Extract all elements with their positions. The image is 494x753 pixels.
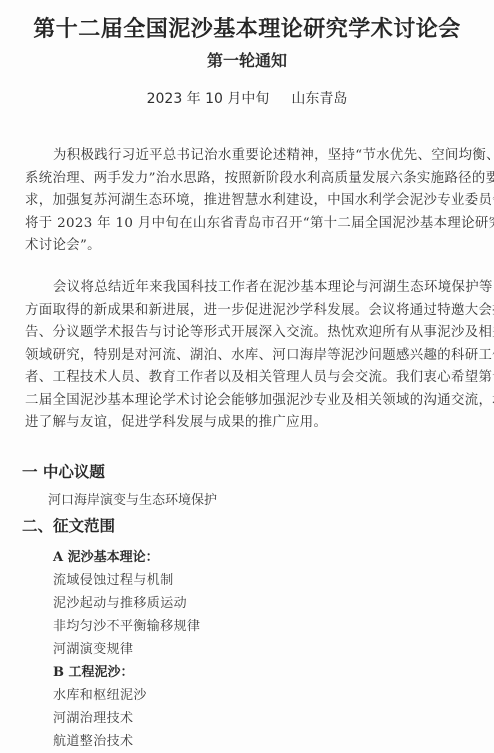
notice-page: 第十二届全国泥沙基本理论研究学术讨论会 第一轮通知 2023 年 10 月中旬山… bbox=[0, 0, 494, 753]
paragraph-line: 将于 2023 年 10 月中旬在山东省青岛市召开“第十二届全国泥沙基本理论研究… bbox=[25, 213, 475, 236]
paragraph-line: 者、工程技术人员、教育工作者以及相关管理人员与会交流。我们衷心希望第十 bbox=[25, 367, 475, 390]
central-topic: 河口海岸演变与生态环境保护 bbox=[48, 489, 217, 508]
event-date: 2023 年 10 月中旬 bbox=[147, 91, 270, 107]
paragraph-line: 方面取得的新成果和新进展，进一步促进泥沙学科发展。会议将通过特邀大会报 bbox=[25, 300, 475, 323]
group-label-a: A 泥沙基本理论： bbox=[53, 546, 159, 565]
paragraph-line: 会议将总结近年来我国科技工作者在泥沙基本理论与河湖生态环境保护等 bbox=[25, 277, 475, 300]
group-label-b: B 工程泥沙： bbox=[53, 661, 134, 680]
section-heading-central-topic: 一 中心议题 bbox=[22, 460, 105, 482]
scope-item: 水库和枢纽泥沙 bbox=[53, 684, 147, 703]
paragraph-line: 领域研究，特别是对河流、湖泊、水库、河口海岸等泥沙问题感兴趣的科研工作 bbox=[25, 345, 475, 368]
paragraph-overview: 会议将总结近年来我国科技工作者在泥沙基本理论与河湖生态环境保护等 方面取得的新成… bbox=[25, 277, 475, 435]
paragraph-line: 进了解与友谊，促进学科发展与成果的推广应用。 bbox=[25, 412, 475, 435]
paragraph-line: 求，加强复苏河湖生态环境，推进智慧水利建设，中国水利学会泥沙专业委员会 bbox=[25, 190, 475, 213]
section-heading-submission-scope: 二、征文范围 bbox=[22, 514, 115, 536]
paragraph-line: 术讨论会”。 bbox=[25, 235, 475, 258]
scope-item: 流域侵蚀过程与机制 bbox=[53, 569, 174, 588]
scope-item: 航道整治技术 bbox=[53, 730, 133, 749]
document-title: 第十二届全国泥沙基本理论研究学术讨论会 bbox=[0, 12, 494, 43]
paragraph-line: 系统治理、两手发力”治水思路，按照新阶段水利高质量发展六条实施路径的要 bbox=[25, 168, 475, 191]
scope-item: 非均匀沙不平衡输移规律 bbox=[53, 615, 200, 634]
scope-item: 河湖治理技术 bbox=[53, 707, 133, 726]
dateline: 2023 年 10 月中旬山东青岛 bbox=[0, 88, 494, 108]
paragraph-line: 告、分议题学术报告与讨论等形式开展深入交流。热忱欢迎所有从事泥沙及相关 bbox=[25, 322, 475, 345]
scope-item: 泥沙起动与推移质运动 bbox=[53, 592, 187, 611]
paragraph-line: 为积极践行习近平总书记治水重要论述精神，坚持“节水优先、空间均衡、 bbox=[25, 145, 475, 168]
event-location: 山东青岛 bbox=[291, 91, 347, 107]
document-subtitle: 第一轮通知 bbox=[0, 48, 494, 71]
scope-item: 河湖演变规律 bbox=[53, 638, 133, 657]
paragraph-line: 二届全国泥沙基本理论学术讨论会能够加强泥沙专业及相关领域的沟通交流，增 bbox=[25, 390, 475, 413]
paragraph-intro: 为积极践行习近平总书记治水重要论述精神，坚持“节水优先、空间均衡、 系统治理、两… bbox=[25, 145, 475, 258]
